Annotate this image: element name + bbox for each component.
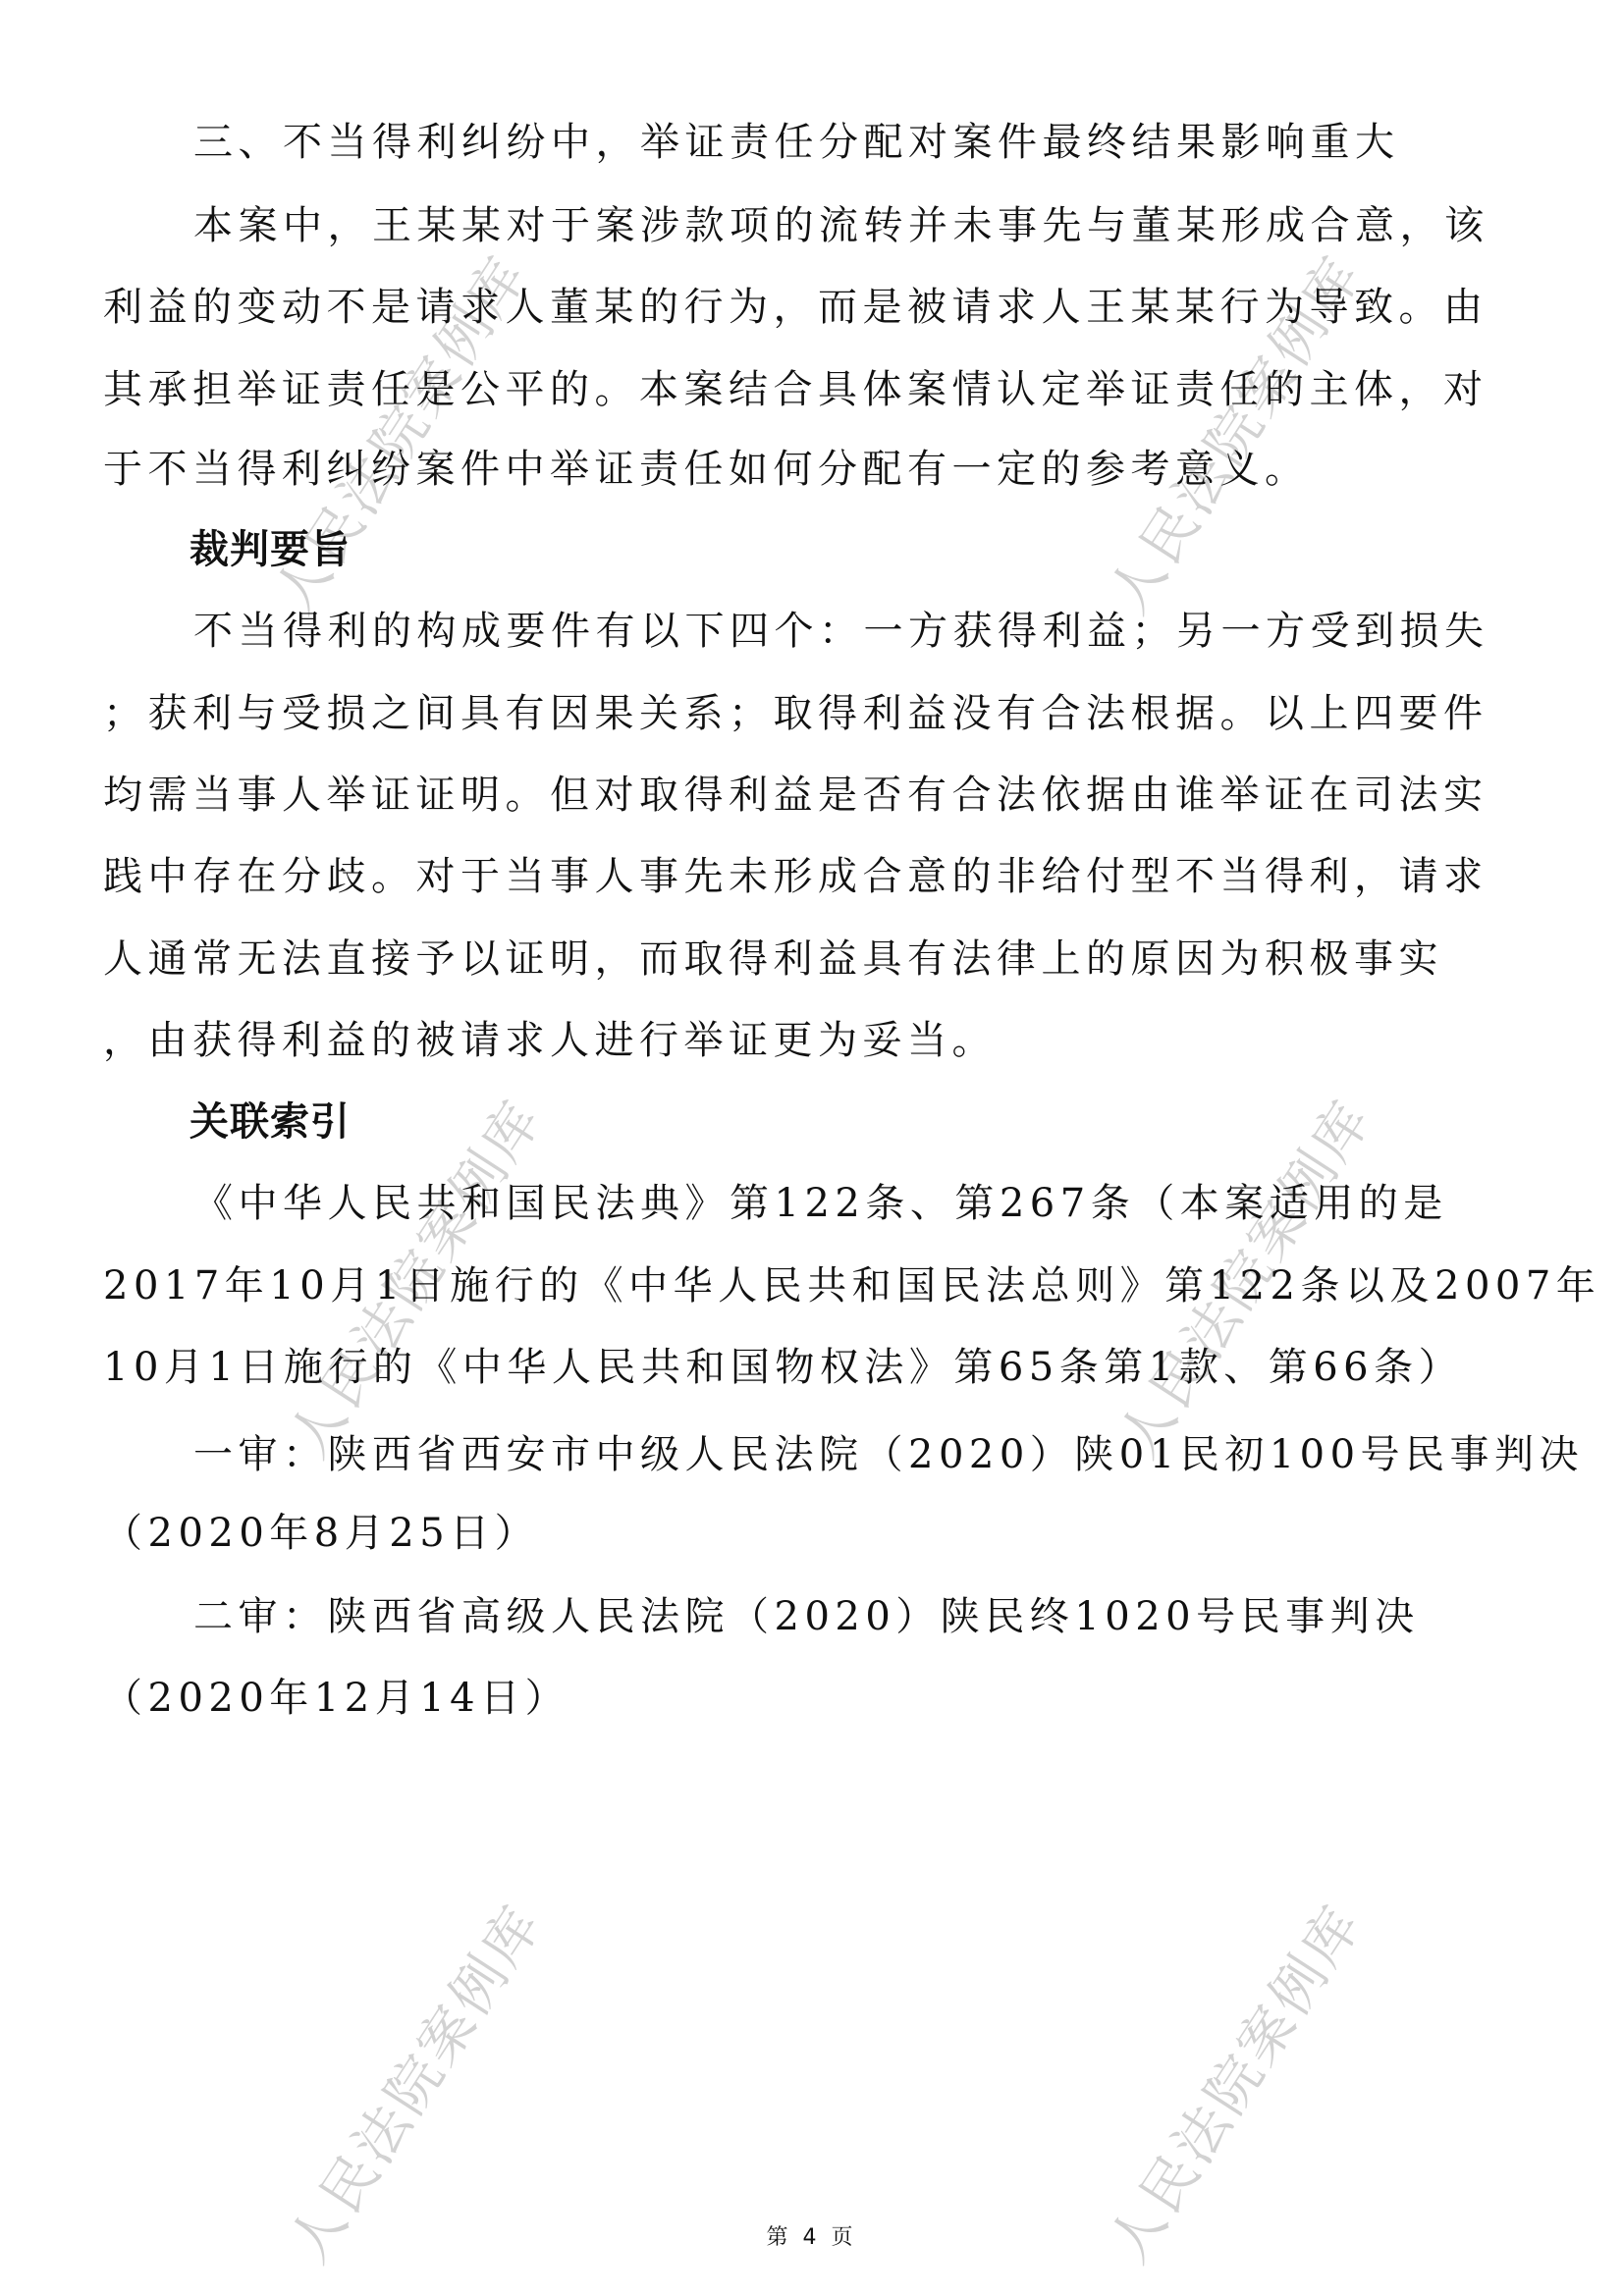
- watermark: 人民法院案例库: [267, 1887, 558, 2275]
- watermark: 人民法院案例库: [1087, 1887, 1378, 2275]
- reference-line: 10月1日施行的《中华人民共和国物权法》第65条第1款、第66条）: [103, 1344, 1463, 1391]
- paragraph-line: 不当得利的构成要件有以下四个：一方获得利益；另一方受到损失: [193, 608, 1489, 655]
- document-page: 人民法院案例库 人民法院案例库 人民法院案例库 人民法院案例库 人民法院案例库 …: [0, 0, 1623, 2296]
- paragraph-line: ，由获得利益的被请求人进行举证更为妥当。: [103, 1017, 997, 1064]
- section-heading: 三、不当得利纠纷中，举证责任分配对案件最终结果影响重大: [193, 119, 1400, 166]
- reference-line: 《中华人民共和国民法典》第122条、第267条（本案适用的是: [193, 1180, 1448, 1227]
- paragraph-line: 均需当事人举证证明。但对取得利益是否有合法依据由谁举证在司法实: [103, 772, 1488, 819]
- paragraph-line: 本案中，王某某对于案涉款项的流转并未事先与董某形成合意，该: [193, 202, 1489, 249]
- paragraph-line: ；获利与受损之间具有因果关系；取得利益没有合法根据。以上四要件: [103, 690, 1488, 737]
- first-instance-date: （2020年8月25日）: [103, 1510, 539, 1557]
- second-instance-date: （2020年12月14日）: [103, 1675, 569, 1722]
- paragraph-line: 其承担举证责任是公平的。本案结合具体案情认定举证责任的主体，对: [103, 366, 1488, 413]
- paragraph-line: 于不当得利纠纷案件中举证责任如何分配有一定的参考意义。: [103, 446, 1310, 493]
- judgment-gist-heading: 裁判要旨: [189, 526, 351, 573]
- paragraph-line: 践中存在分歧。对于当事人事先未形成合意的非给付型不当得利，请求: [103, 853, 1488, 900]
- related-index-heading: 关联索引: [189, 1098, 351, 1146]
- first-instance-line: 一审：陕西省西安市中级人民法院（2020）陕01民初100号民事判决: [193, 1431, 1584, 1478]
- page-number: 第 4 页: [0, 2220, 1623, 2251]
- paragraph-line: 人通常无法直接予以证明，而取得利益具有法律上的原因为积极事实: [103, 935, 1443, 983]
- paragraph-line: 利益的变动不是请求人董某的行为，而是被请求人王某某行为导致。由: [103, 284, 1488, 331]
- second-instance-line: 二审：陕西省高级人民法院（2020）陕民终1020号民事判决: [193, 1593, 1420, 1640]
- reference-line: 2017年10月1日施行的《中华人民共和国民法总则》第122条以及2007年: [103, 1262, 1600, 1309]
